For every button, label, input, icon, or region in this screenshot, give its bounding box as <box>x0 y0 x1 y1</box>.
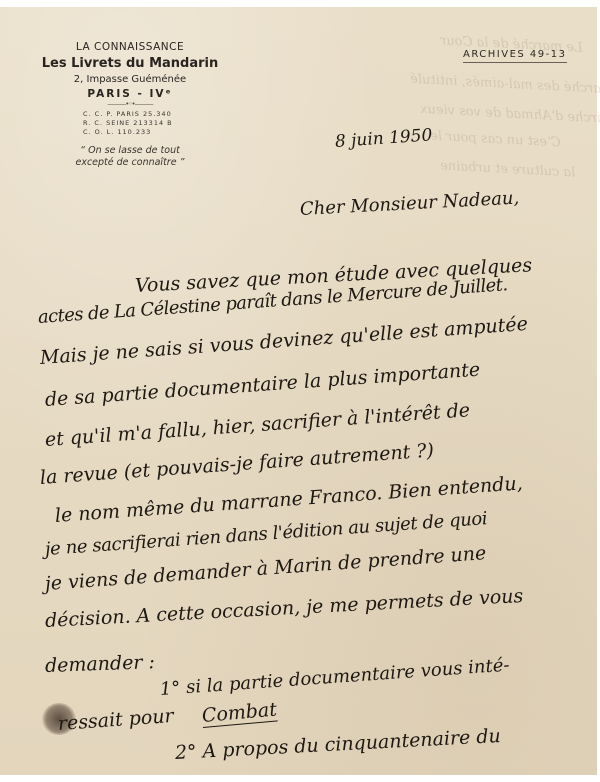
letter-line-13: ressait pour <box>57 705 174 735</box>
letter-paper: Le marché de la Cour Marché des mal-aimé… <box>0 7 597 775</box>
letter-line-12: 1° si la partie documentaire vous inté- <box>159 655 510 700</box>
publisher-address: 2, Impasse Guéménée <box>30 74 230 85</box>
account-numbers: C. C. P. PARIS 25.340 R. C. SEINE 213314… <box>83 110 230 137</box>
bleed-through-text: la culture et urbaine <box>440 158 576 180</box>
archive-reference: ARCHIVES 49-13 <box>463 49 567 63</box>
ornament-divider: ———•◦•——— <box>30 100 230 108</box>
underlined-word-combat: Combat <box>201 698 278 727</box>
letterhead: LA CONNAISSANCE Les Livrets du Mandarin … <box>30 37 230 169</box>
motto-line-1: “ On se lasse de tout <box>30 145 230 157</box>
motto: “ On se lasse de tout excepté de connaît… <box>30 145 230 169</box>
letter-line-10: décision. A cette occasion, je me permet… <box>44 585 523 632</box>
account-rc: R. C. SEINE 213314 B <box>83 119 230 128</box>
account-ccp: C. C. P. PARIS 25.340 <box>83 110 230 119</box>
bleed-through-text: C'est un cas pour le <box>430 129 561 151</box>
salutation: Cher Monsieur Nadeau, <box>299 188 519 220</box>
publisher-name: Les Livrets du Mandarin <box>30 56 230 71</box>
letter-date: 8 juin 1950 <box>334 125 433 152</box>
bleed-through-text: Marche d'Ahmad de vos vieux <box>420 102 600 127</box>
publisher-city: PARIS - IVᵉ <box>30 88 230 100</box>
letter-line-14: 2° A propos du cinquantenaire du <box>174 725 501 764</box>
imprint: LA CONNAISSANCE <box>30 41 230 53</box>
motto-line-2: excepté de connaître ” <box>30 157 230 169</box>
bleed-through-text: Marché des mal-aimés, intitulé <box>410 72 600 98</box>
letter-line-11: demander : <box>45 651 156 677</box>
account-col: C. O. L. 110.233 <box>83 128 230 137</box>
